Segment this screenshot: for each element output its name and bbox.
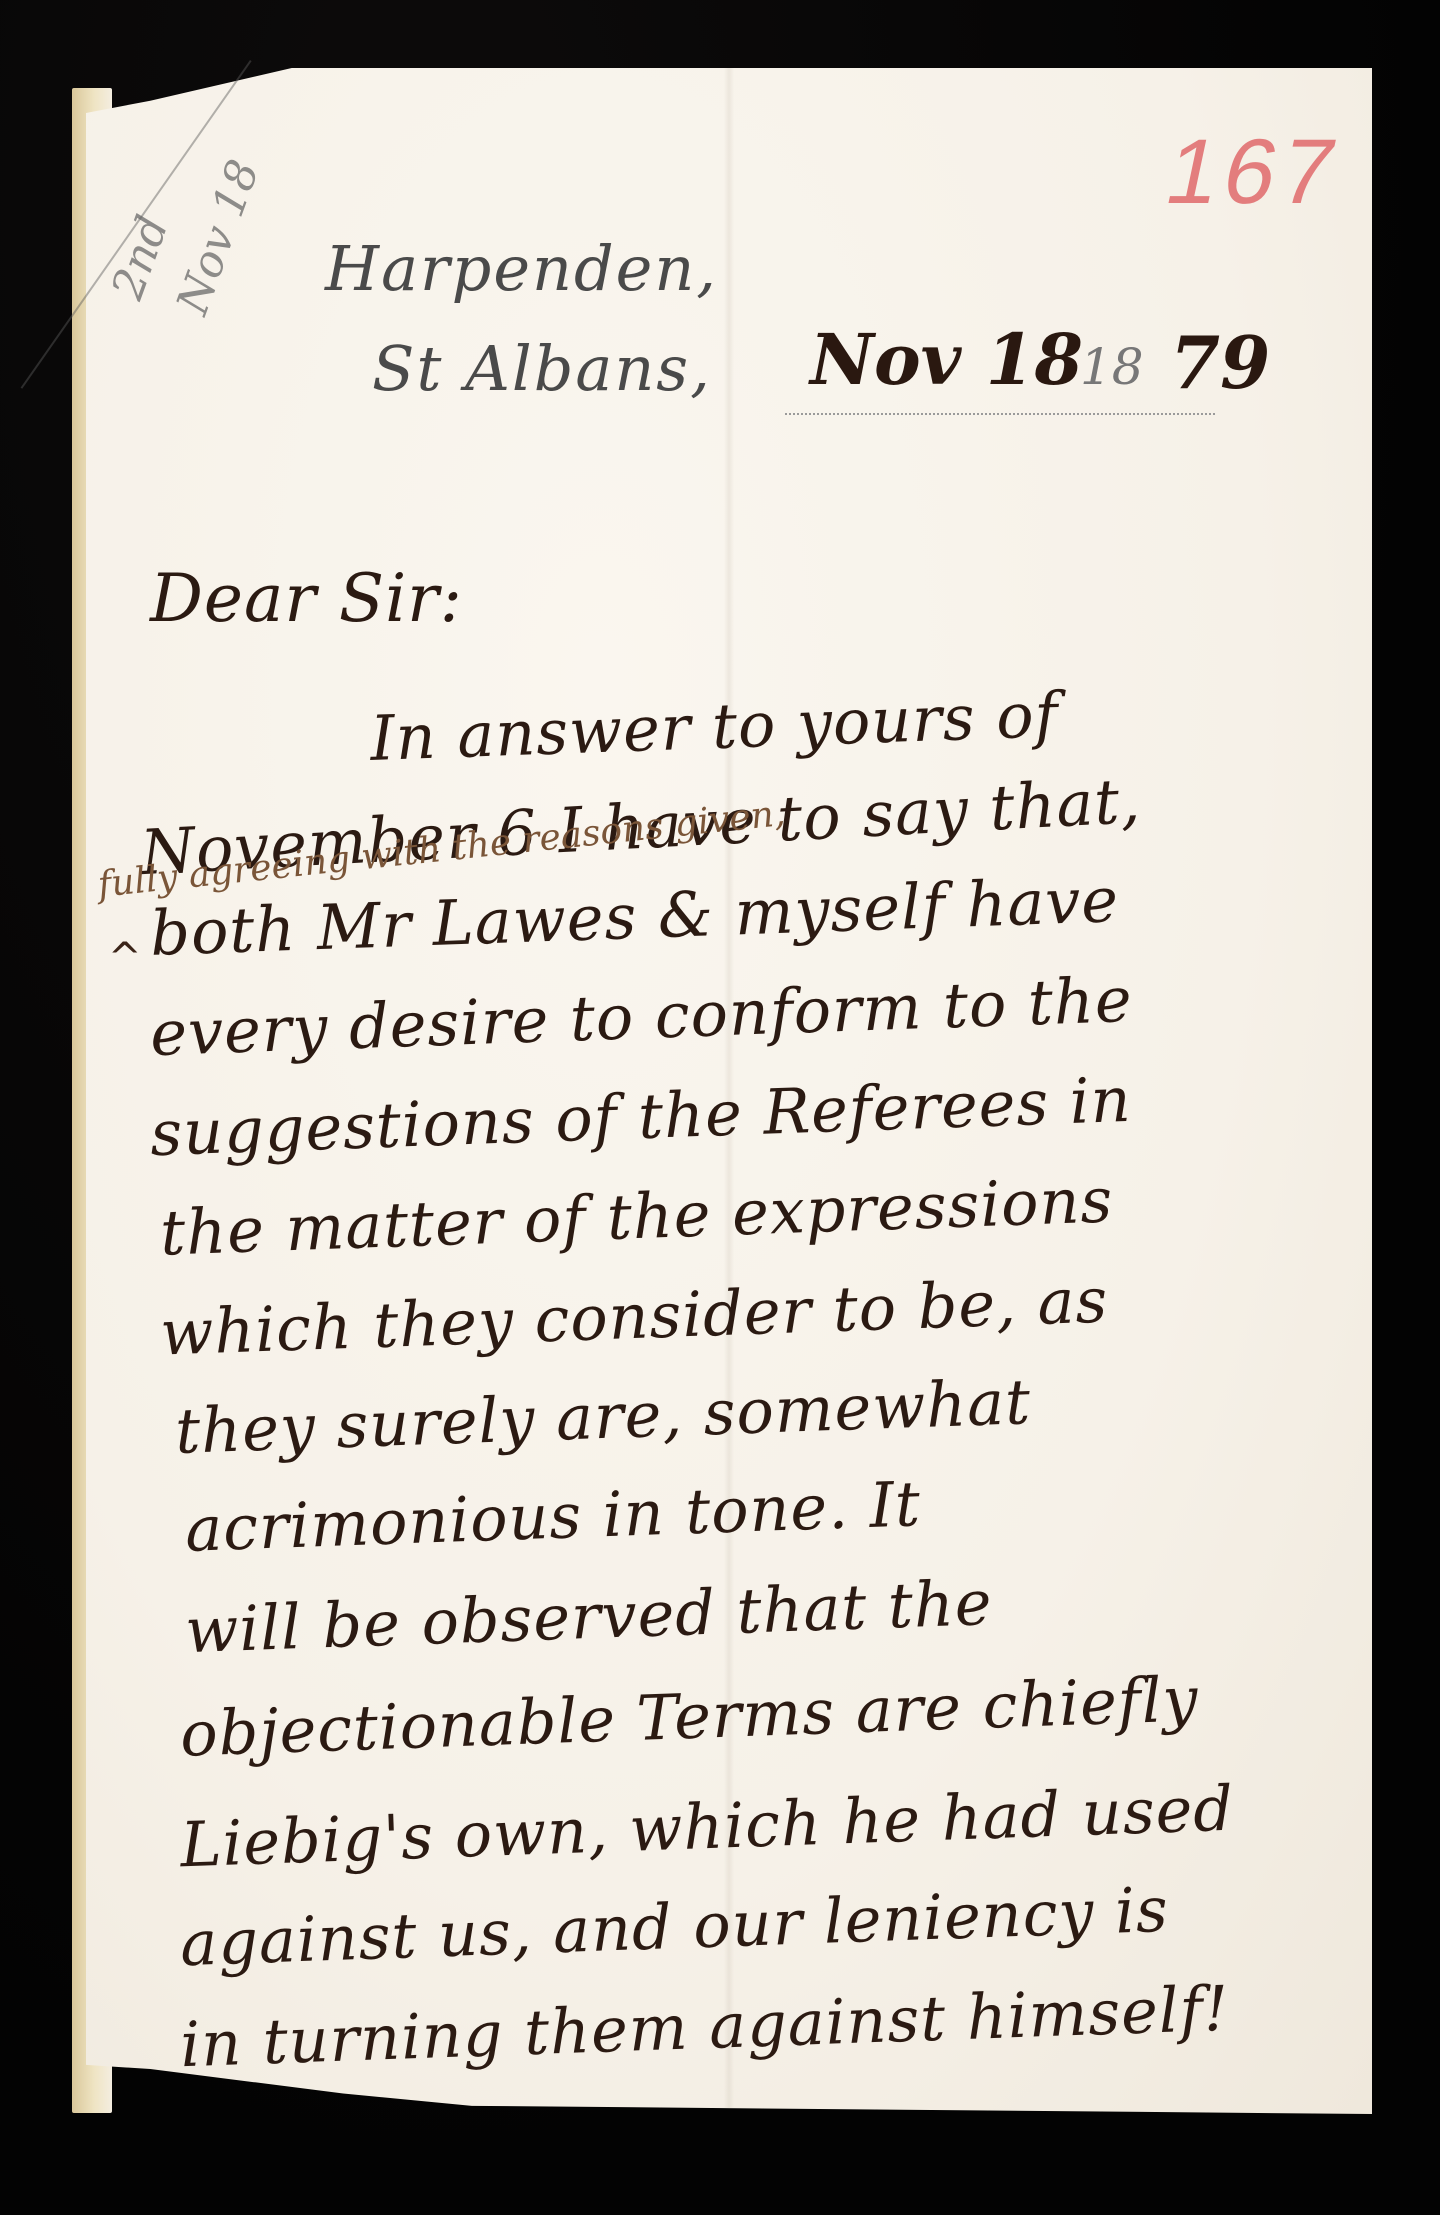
date-handwritten-year-suffix: 79 xyxy=(1170,320,1270,405)
insertion-caret: ^ xyxy=(108,935,142,981)
scan-stage: 2nd Nov 18 167 Harpenden, St Albans, Nov… xyxy=(0,0,1440,2215)
folio-number: 167 xyxy=(1157,120,1351,225)
letterhead-city: St Albans, xyxy=(372,332,712,405)
letterhead-town: Harpenden, xyxy=(325,232,718,305)
date-dotted-rule xyxy=(785,413,1215,415)
date-handwritten: Nov 18 xyxy=(810,318,1083,401)
date-printed-year-prefix: 18 xyxy=(1080,338,1144,396)
salutation: Dear Sir: xyxy=(150,560,463,637)
